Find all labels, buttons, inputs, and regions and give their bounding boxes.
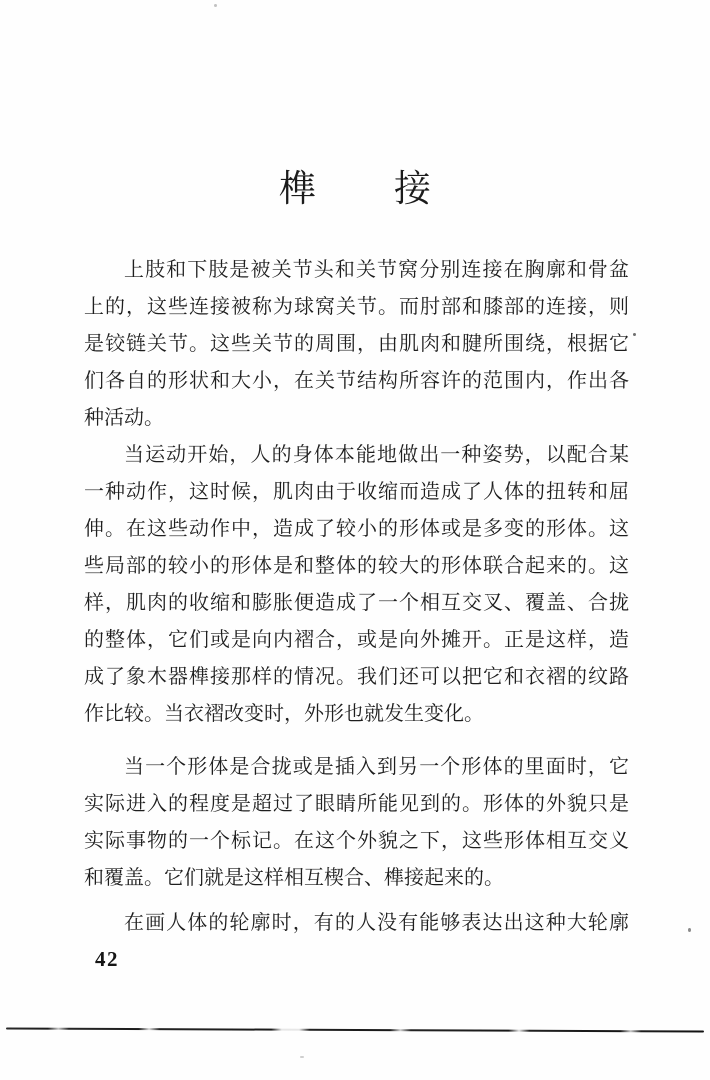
text-line: 种活动。	[84, 400, 629, 437]
text-line: 上肢和下肢是被关节头和关节窝分别连接在胸廓和骨盆	[84, 252, 629, 289]
body-text: 上肢和下肢是被关节头和关节窝分别连接在胸廓和骨盆上的，这些连接被称为球窝关节。而…	[84, 252, 629, 942]
text-line: 样，肌肉的收缩和膨胀便造成了一个相互交叉、覆盖、合拢	[84, 585, 629, 622]
text-line: 实际进入的程度是超过了眼睛所能见到的。形体的外貌只是	[84, 786, 629, 823]
title-char-2: 接	[394, 158, 431, 212]
text-line: 伸。在这些动作中，造成了较小的形体或是多变的形体。这	[84, 511, 629, 548]
text-line: 成了象木器榫接那样的情况。我们还可以把它和衣褶的纹路	[84, 659, 629, 696]
text-line: 的整体，它们或是向内褶合，或是向外摊开。正是这样，造	[84, 622, 629, 659]
scan-artifact-bottom-edge-line	[6, 1027, 704, 1032]
scan-artifact-speck	[688, 928, 691, 932]
paragraph: 在画人体的轮廓时，有的人没有能够表达出这种大轮廓	[84, 905, 629, 942]
paragraph: 当一个形体是合拢或是插入到另一个形体的里面时，它实际进入的程度是超过了眼睛所能见…	[84, 749, 629, 897]
text-line: 当一个形体是合拢或是插入到另一个形体的里面时，它	[84, 749, 629, 786]
text-line: 当运动开始，人的身体本能地做出一种姿势，以配合某	[84, 437, 629, 474]
text-line: 上的，这些连接被称为球窝关节。而肘部和膝部的连接，则	[84, 289, 629, 326]
book-page: 榫 接 上肢和下肢是被关节头和关节窝分别连接在胸廓和骨盆上的，这些连接被称为球窝…	[0, 0, 710, 1080]
paragraph: 当运动开始，人的身体本能地做出一种姿势，以配合某一种动作，这时候，肌肉由于收缩而…	[84, 437, 629, 733]
scan-artifact-speck	[214, 4, 217, 7]
scan-artifact-speck	[633, 333, 636, 336]
text-line: 一种动作，这时候，肌肉由于收缩而造成了人体的扭转和屈	[84, 474, 629, 511]
text-line: 们各自的形状和大小，在关节结构所容许的范围内，作出各	[84, 363, 629, 400]
text-line: 作比较。当衣褶改变时，外形也就发生变化。	[84, 696, 629, 733]
scan-artifact-speck	[300, 1056, 304, 1058]
title-char-1: 榫	[279, 158, 316, 212]
text-line: 是铰链关节。这些关节的周围，由肌肉和腱所围绕，根据它	[84, 326, 629, 363]
paragraph: 上肢和下肢是被关节头和关节窝分别连接在胸廓和骨盆上的，这些连接被称为球窝关节。而…	[84, 252, 629, 437]
page-number: 42	[95, 947, 119, 972]
text-line: 些局部的较小的形体是和整体的较大的形体联合起来的。这	[84, 548, 629, 585]
page-title: 榫 接	[0, 158, 710, 212]
text-line: 实际事物的一个标记。在这个外貌之下，这些形体相互交义	[84, 823, 629, 860]
text-line: 在画人体的轮廓时，有的人没有能够表达出这种大轮廓	[84, 905, 629, 942]
text-line: 和覆盖。它们就是这样相互楔合、榫接起来的。	[84, 860, 629, 897]
